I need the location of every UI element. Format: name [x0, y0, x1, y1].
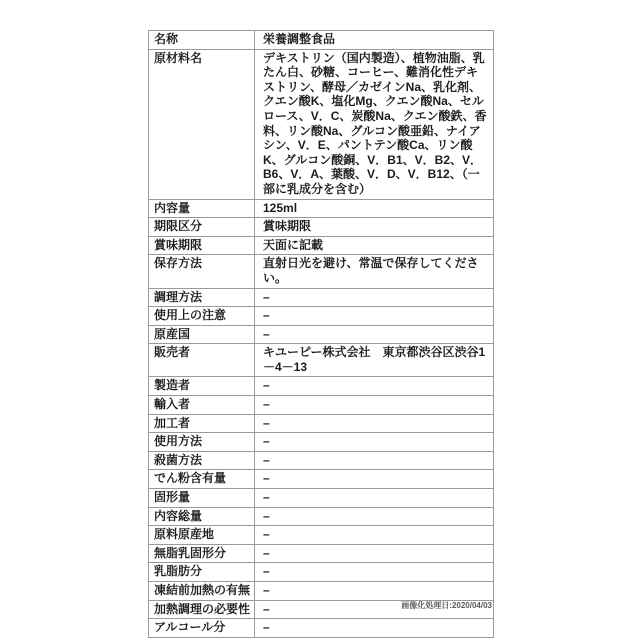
row-value: 天面に記載 — [255, 236, 494, 255]
row-value: 125ml — [255, 199, 494, 218]
row-label: 原材料名 — [149, 49, 255, 199]
row-value: – — [255, 563, 494, 582]
row-value: – — [255, 325, 494, 344]
table-row-name: 名称 栄養調整食品 — [149, 31, 494, 50]
row-value: – — [255, 377, 494, 396]
row-label: 販売者 — [149, 344, 255, 377]
table-row-seller: 販売者 キユーピー株式会社 東京都渋谷区渋谷1－4－13 — [149, 344, 494, 377]
table-row-sterilization: 殺菌方法 – — [149, 451, 494, 470]
row-value: – — [255, 507, 494, 526]
row-label: 製造者 — [149, 377, 255, 396]
product-info-sheet: 名称 栄養調整食品 原材料名 デキストリン（国内製造）、植物油脂、乳たん白、砂糖… — [0, 0, 640, 640]
table-row-starch-content: でん粉含有量 – — [149, 470, 494, 489]
row-label: 殺菌方法 — [149, 451, 255, 470]
row-label: 使用上の注意 — [149, 307, 255, 326]
row-label: 保存方法 — [149, 255, 255, 288]
row-label: 期限区分 — [149, 218, 255, 237]
row-label: 乳脂肪分 — [149, 563, 255, 582]
row-label: 加工者 — [149, 414, 255, 433]
row-value: – — [255, 288, 494, 307]
image-processing-date-note: 画像化処理日:2020/04/03 — [148, 601, 492, 611]
table-row-heated-before-freezing: 凍結前加熱の有無 – — [149, 582, 494, 601]
row-value: 直射日光を避け、常温で保存してください。 — [255, 255, 494, 288]
row-value: – — [255, 526, 494, 545]
row-value: デキストリン（国内製造）、植物油脂、乳たん白、砂糖、コーヒー、難消化性デキストリ… — [255, 49, 494, 199]
row-value: – — [255, 489, 494, 508]
table-row-country-of-origin: 原産国 – — [149, 325, 494, 344]
table-row-ingredient-origin: 原料原産地 – — [149, 526, 494, 545]
table-row-nonfat-milk-solids: 無脂乳固形分 – — [149, 544, 494, 563]
row-label: 凍結前加熱の有無 — [149, 582, 255, 601]
table-row-alcohol-content: アルコール分 – — [149, 619, 494, 638]
table-row-usage-method: 使用方法 – — [149, 433, 494, 452]
table-row-expiry-type: 期限区分 賞味期限 — [149, 218, 494, 237]
row-value: 栄養調整食品 — [255, 31, 494, 50]
row-label: 固形量 — [149, 489, 255, 508]
row-label: 原料原産地 — [149, 526, 255, 545]
row-value: – — [255, 544, 494, 563]
row-value: – — [255, 396, 494, 415]
row-value: – — [255, 433, 494, 452]
table-row-importer: 輸入者 – — [149, 396, 494, 415]
row-label: アルコール分 — [149, 619, 255, 638]
table-row-best-before: 賞味期限 天面に記載 — [149, 236, 494, 255]
table-row-manufacturer: 製造者 – — [149, 377, 494, 396]
row-value: – — [255, 307, 494, 326]
row-value: – — [255, 582, 494, 601]
table-row-solid-content: 固形量 – — [149, 489, 494, 508]
row-label: 輸入者 — [149, 396, 255, 415]
row-label: 調理方法 — [149, 288, 255, 307]
row-label: 名称 — [149, 31, 255, 50]
table-row-volume: 内容量 125ml — [149, 199, 494, 218]
table-row-ingredients: 原材料名 デキストリン（国内製造）、植物油脂、乳たん白、砂糖、コーヒー、難消化性… — [149, 49, 494, 199]
row-value: 賞味期限 — [255, 218, 494, 237]
row-label: 内容総量 — [149, 507, 255, 526]
row-value: – — [255, 451, 494, 470]
row-label: 使用方法 — [149, 433, 255, 452]
row-label: でん粉含有量 — [149, 470, 255, 489]
table-row-usage-caution: 使用上の注意 – — [149, 307, 494, 326]
product-spec-table: 名称 栄養調整食品 原材料名 デキストリン（国内製造）、植物油脂、乳たん白、砂糖… — [148, 30, 494, 638]
table-row-total-content: 内容総量 – — [149, 507, 494, 526]
table-row-processor: 加工者 – — [149, 414, 494, 433]
table-row-storage: 保存方法 直射日光を避け、常温で保存してください。 — [149, 255, 494, 288]
row-label: 無脂乳固形分 — [149, 544, 255, 563]
table-row-milk-fat: 乳脂肪分 – — [149, 563, 494, 582]
row-label: 原産国 — [149, 325, 255, 344]
row-label: 内容量 — [149, 199, 255, 218]
row-label: 賞味期限 — [149, 236, 255, 255]
row-value: – — [255, 619, 494, 638]
row-value: – — [255, 414, 494, 433]
row-value: キユーピー株式会社 東京都渋谷区渋谷1－4－13 — [255, 344, 494, 377]
row-value: – — [255, 470, 494, 489]
table-row-cooking-method: 調理方法 – — [149, 288, 494, 307]
